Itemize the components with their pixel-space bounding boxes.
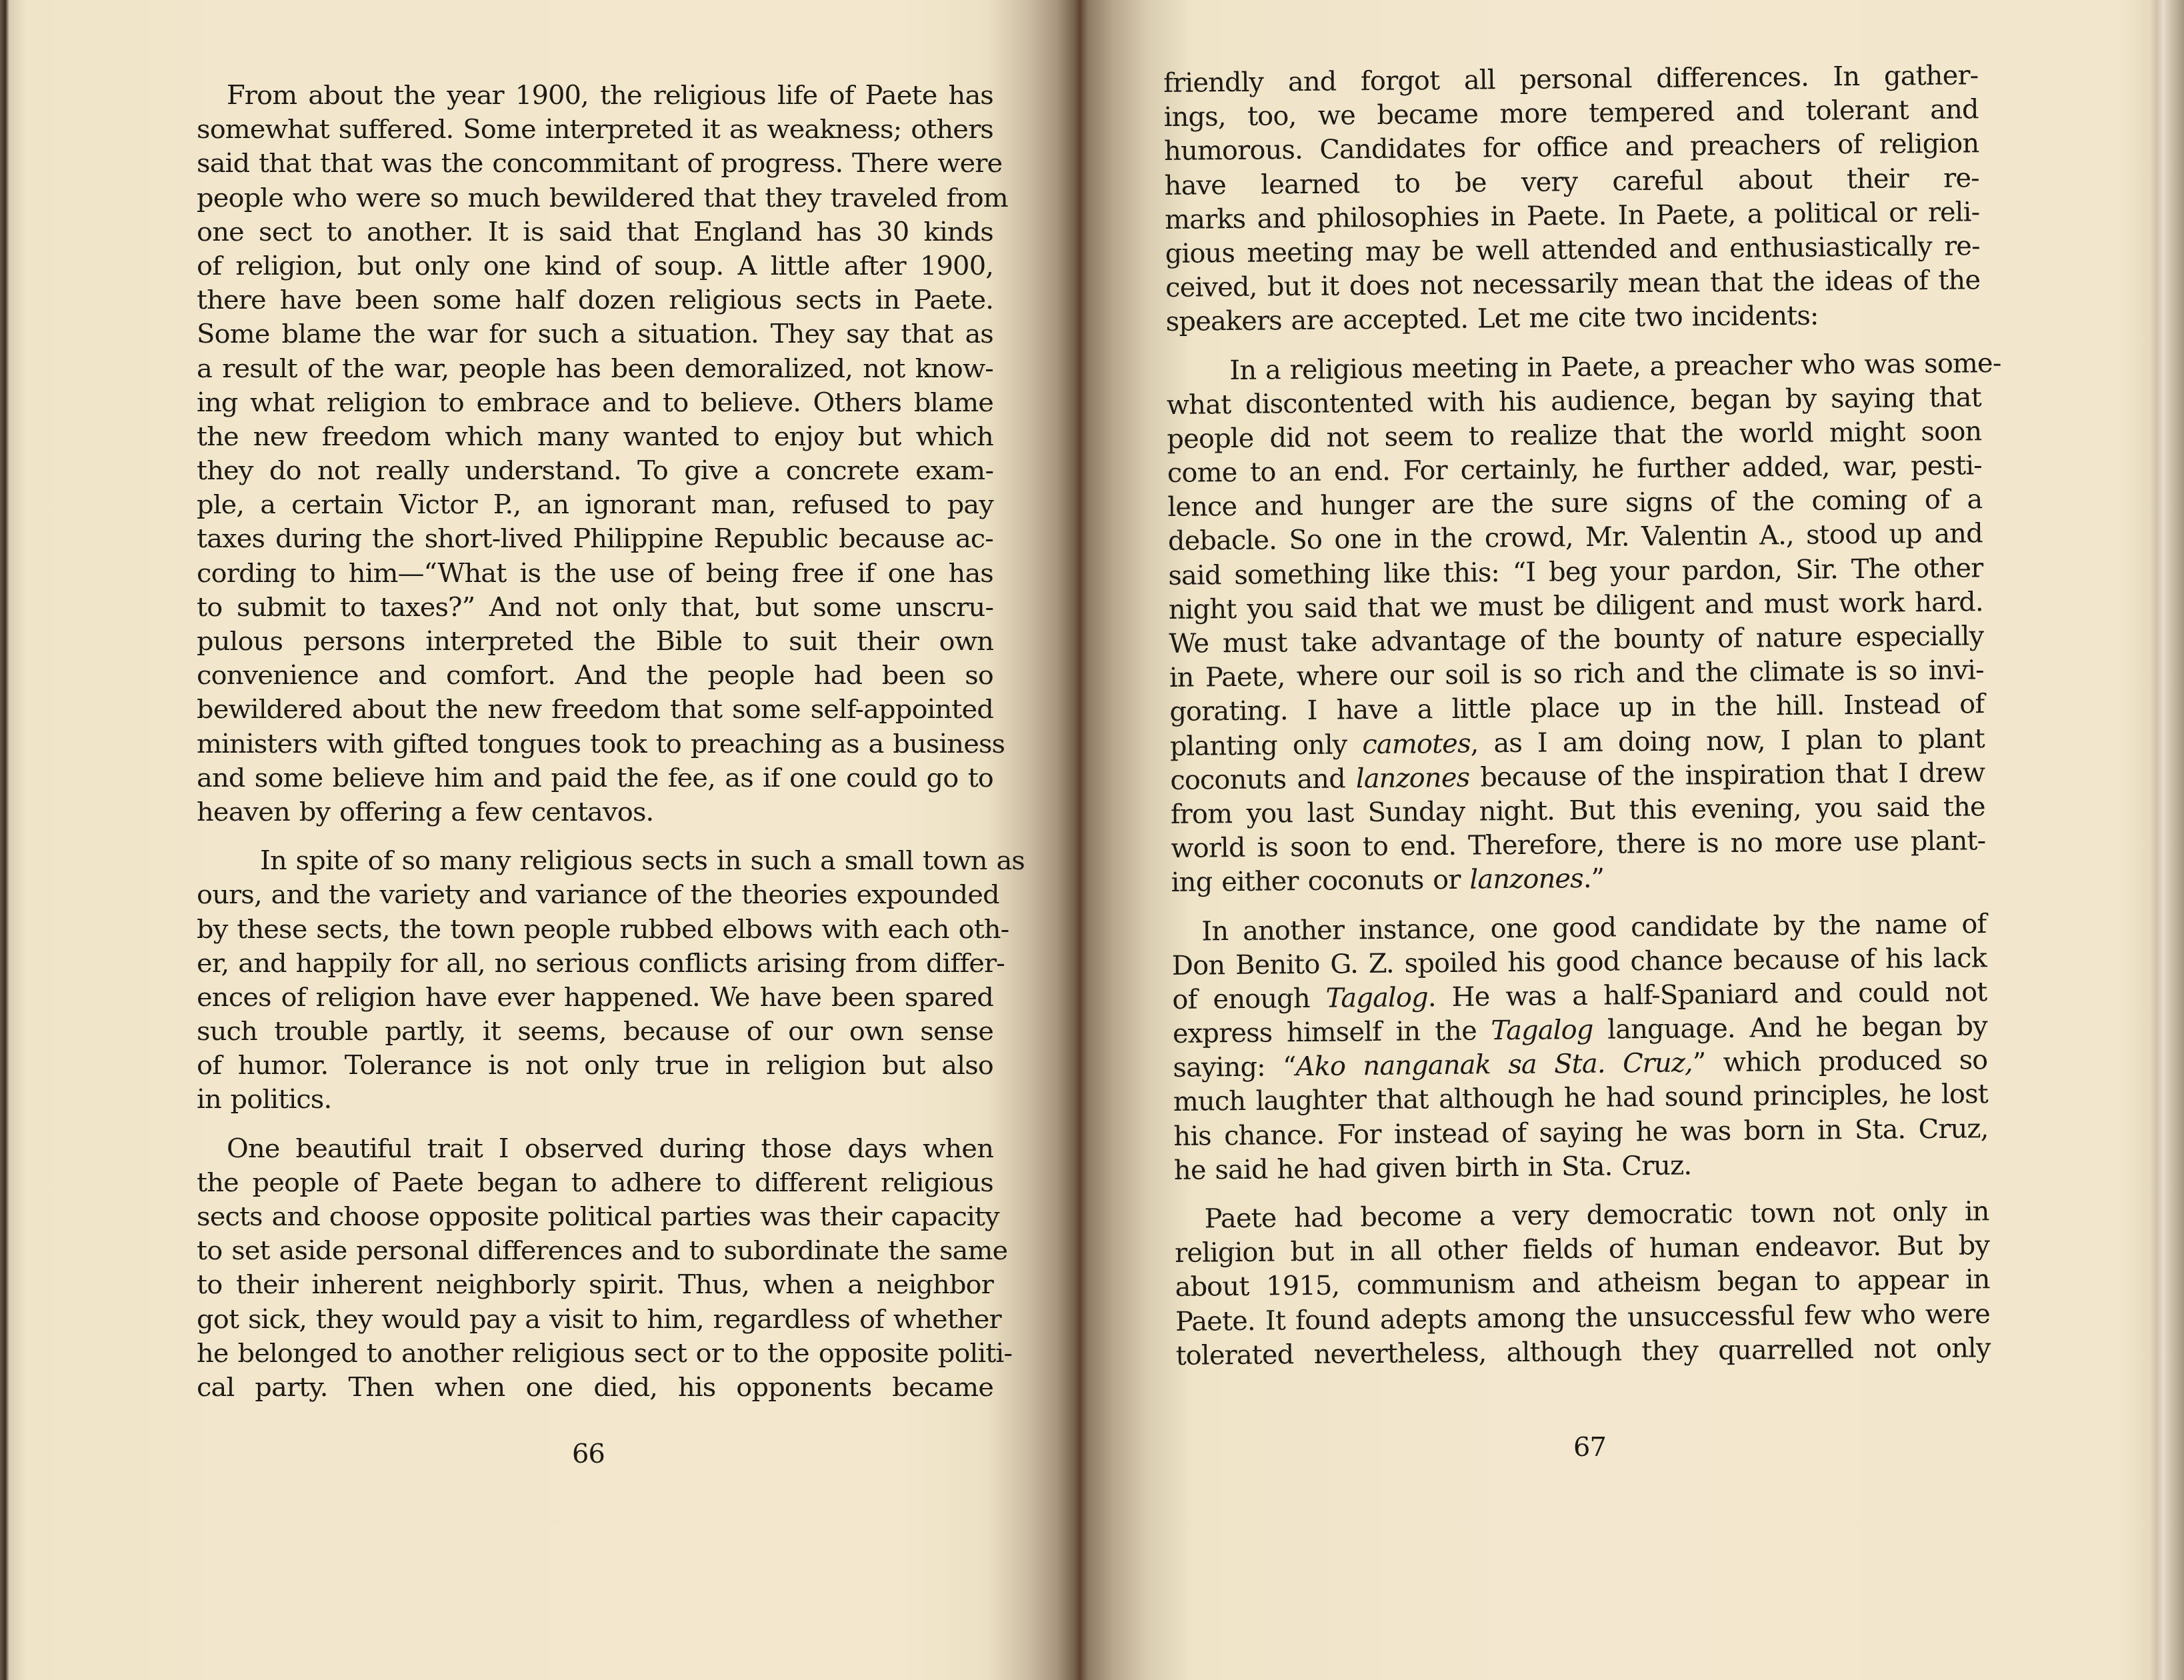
- paragraph: Paete had become a very democratic town …: [1174, 1195, 1990, 1373]
- text-line: cal party. Then when one died, his oppon…: [197, 1371, 993, 1405]
- text-line: bewildered about the new freedom that so…: [197, 693, 993, 727]
- italic-term: Tagalog: [1325, 982, 1427, 1013]
- text-line: er, and happily for all, no serious conf…: [197, 947, 993, 981]
- italic-term: lanzones: [1356, 762, 1470, 794]
- paragraph: In a religious meeting in Paete, a preac…: [1166, 347, 1986, 901]
- text-line: somewhat suffered. Some interpreted it a…: [197, 113, 993, 147]
- text-line: In spite of so many religious sects in s…: [197, 844, 993, 878]
- text-line: ences of religion have ever happened. We…: [197, 981, 993, 1015]
- text-line: they do not really understand. To give a…: [197, 454, 993, 488]
- paragraph: In another instance, one good candidate …: [1171, 907, 1989, 1188]
- italic-term: Ako nanganak sa Sta. Cruz,: [1295, 1048, 1693, 1083]
- paragraph: friendly and forgot all personal differe…: [1163, 59, 1981, 339]
- book-spread: From about the year 1900, the religious …: [0, 0, 2184, 1680]
- text-line: cording to him—“What is the use of being…: [197, 557, 993, 591]
- right-page: friendly and forgot all personal differe…: [1079, 0, 2184, 1680]
- text-line: ing what religion to embrace and to beli…: [197, 386, 993, 420]
- page-number: 67: [1573, 1432, 1606, 1463]
- text-line: such trouble partly, it seems, because o…: [197, 1015, 993, 1049]
- text-line: From about the year 1900, the religious …: [197, 79, 993, 113]
- text-line: the people of Paete began to adhere to d…: [197, 1166, 993, 1200]
- text-line: to set aside personal differences and to…: [197, 1234, 993, 1268]
- right-page-text: friendly and forgot all personal differe…: [1163, 59, 1991, 1373]
- italic-term: Tagalog: [1491, 1015, 1593, 1046]
- text-line: one sect to another. It is said that Eng…: [197, 215, 993, 249]
- text-line: the new freedom which many wanted to enj…: [197, 420, 993, 454]
- italic-term: lanzones: [1469, 863, 1583, 895]
- paragraph: One beautiful trait I observed during th…: [197, 1132, 993, 1405]
- paragraph: From about the year 1900, the religious …: [197, 79, 993, 829]
- text-line: heaven by offering a few centavos.: [197, 795, 993, 829]
- text-line: a result of the war, people has been dem…: [197, 352, 993, 386]
- text-line: there have been some half dozen religiou…: [197, 283, 993, 317]
- text-line: he belonged to another religious sect or…: [197, 1337, 993, 1371]
- text-line: people who were so much bewildered that …: [197, 181, 993, 215]
- text-line: to their inherent neighborly spirit. Thu…: [197, 1268, 993, 1302]
- page-number: 66: [572, 1439, 605, 1469]
- text-line: ours, and the variety and variance of th…: [197, 878, 993, 912]
- text-line: tolerated nevertheless, although they qu…: [1175, 1331, 1990, 1373]
- text-line: in politics.: [197, 1083, 993, 1117]
- text-line: of religion, but only one kind of soup. …: [197, 249, 993, 283]
- text-line: convenience and comfort. And the people …: [197, 659, 993, 693]
- paragraph: In spite of so many religious sects in s…: [197, 844, 993, 1117]
- text-line: ple, a certain Victor P., an ignorant ma…: [197, 488, 993, 522]
- text-line: sects and choose opposite political part…: [197, 1200, 993, 1234]
- paragraph-gap: [197, 1117, 993, 1132]
- text-line: got sick, they would pay a visit to him,…: [197, 1303, 993, 1337]
- text-line: to submit to taxes?” And not only that, …: [197, 591, 993, 625]
- left-page-text: From about the year 1900, the religious …: [197, 79, 993, 1405]
- left-page: From about the year 1900, the religious …: [0, 0, 1079, 1680]
- italic-term: camotes: [1362, 728, 1471, 760]
- text-line: taxes during the short-lived Philippine …: [197, 522, 993, 556]
- paragraph-gap: [197, 829, 993, 844]
- text-line: and some believe him and paid the fee, a…: [197, 761, 993, 795]
- text-line: of humor. Tolerance is not only true in …: [197, 1049, 993, 1083]
- text-line: pulous persons interpreted the Bible to …: [197, 625, 993, 659]
- text-line: said that that was the concommitant of p…: [197, 147, 993, 181]
- text-line: by these sects, the town people rubbed e…: [197, 913, 993, 947]
- text-line: One beautiful trait I observed during th…: [197, 1132, 993, 1166]
- text-line: Some blame the war for such a situation.…: [197, 317, 993, 351]
- text-line: ministers with gifted tongues took to pr…: [197, 727, 993, 761]
